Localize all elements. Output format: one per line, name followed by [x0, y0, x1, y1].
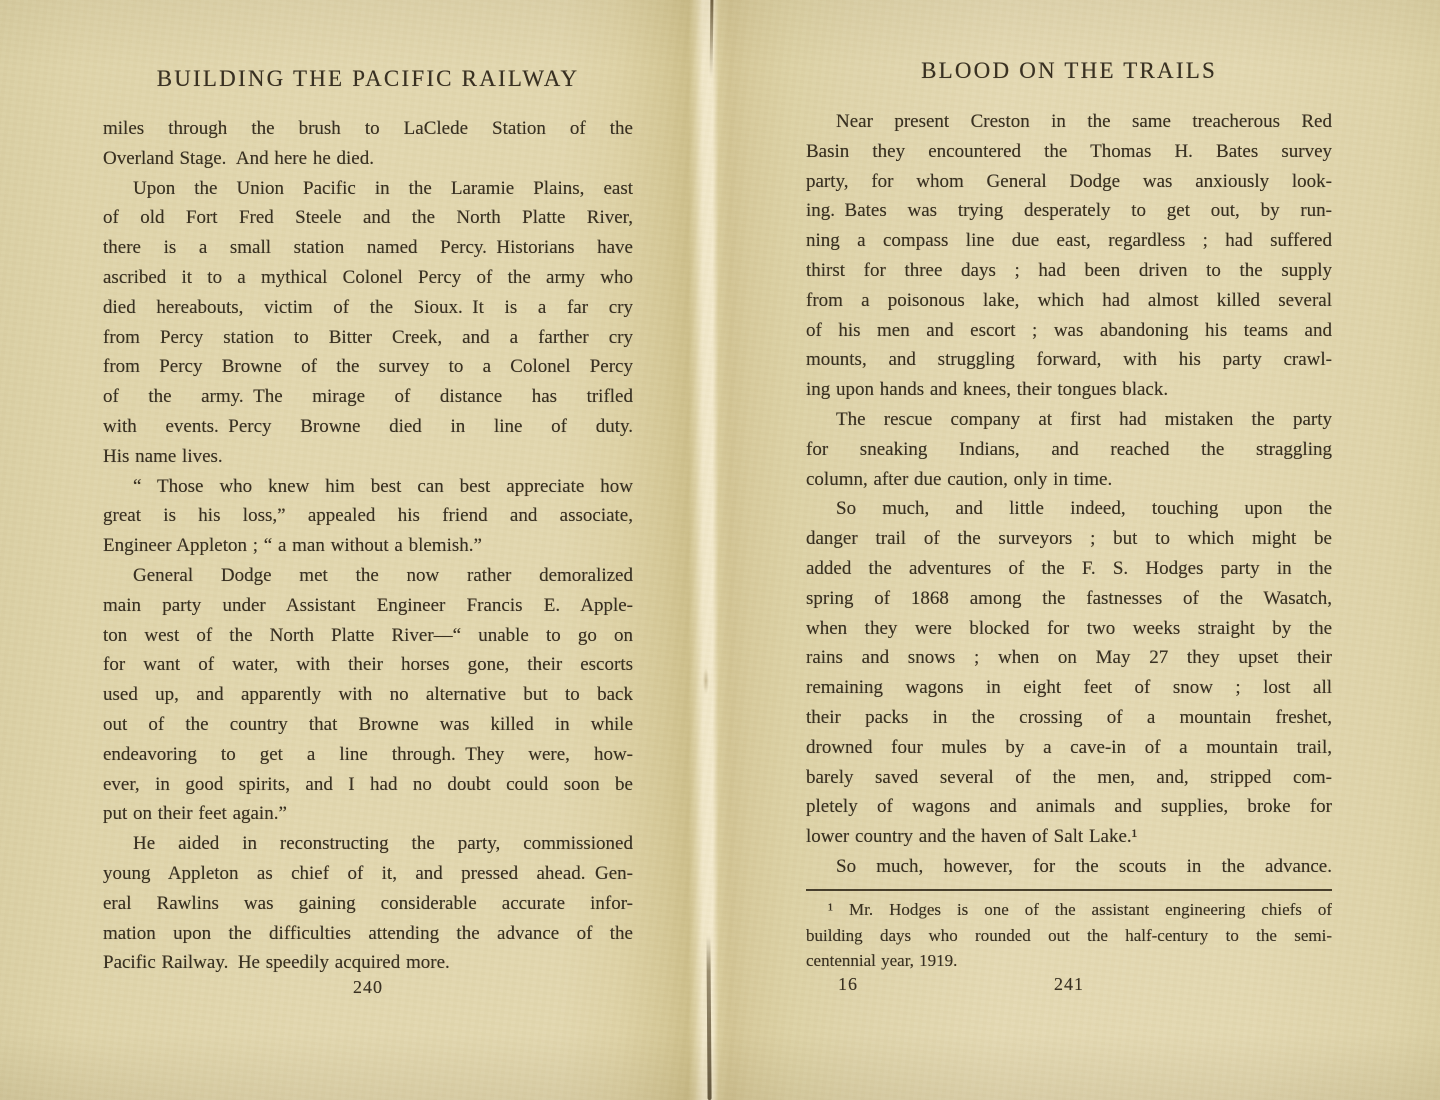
book-spread: BUILDING THE PACIFIC RAILWAY miles throu…	[0, 0, 1440, 1100]
text-line: for want of water, with their horses gon…	[103, 650, 633, 680]
text-line: put on their feet again.”	[103, 799, 633, 829]
text-line: great is his loss,” appealed his friend …	[103, 501, 633, 531]
text-line: ¹ Mr. Hodges is one of the assistant eng…	[806, 897, 1332, 923]
text-line: of old Fort Fred Steele and the North Pl…	[103, 203, 633, 233]
text-line: spring of 1868 among the fastnesses of t…	[806, 584, 1332, 614]
text-line: ing. Bates was trying desperately to get…	[806, 196, 1332, 226]
text-line: young Appleton as chief of it, and press…	[103, 859, 633, 889]
text-line: used up, and apparently with no alternat…	[103, 680, 633, 710]
text-line: endeavoring to get a line through. They …	[103, 740, 633, 770]
text-line: their packs in the crossing of a mountai…	[806, 703, 1332, 733]
text-line: lower country and the haven of Salt Lake…	[806, 822, 1332, 852]
text-line: of his men and escort ; was abandoning h…	[806, 316, 1332, 346]
page-right-text: Near present Creston in the same treache…	[806, 107, 1332, 882]
text-line: of the army. The mirage of distance has …	[103, 382, 633, 412]
page-right-footer: 16 241	[806, 974, 1332, 996]
text-line: General Dodge met the now rather demoral…	[103, 561, 633, 591]
text-line: from Percy Browne of the survey to a Col…	[103, 352, 633, 382]
text-line: there is a small station named Percy. Hi…	[103, 233, 633, 263]
text-line: The rescue company at first had mistaken…	[806, 405, 1332, 435]
text-line: mounts, and struggling forward, with his…	[806, 345, 1332, 375]
text-line: ning a compass line due east, regardless…	[806, 226, 1332, 256]
text-line: added the adventures of the F. S. Hodges…	[806, 554, 1332, 584]
text-line: pletely of wagons and animals and suppli…	[806, 792, 1332, 822]
page-right: BLOOD ON THE TRAILS Near present Creston…	[806, 0, 1332, 1100]
page-left-text: miles through the brush to LaClede Stati…	[103, 114, 633, 978]
page-number-right: 241	[806, 974, 1332, 995]
text-line: remaining wagons in eight feet of snow ;…	[806, 673, 1332, 703]
text-line: rains and snows ; when on May 27 they up…	[806, 643, 1332, 673]
text-line: Near present Creston in the same treache…	[806, 107, 1332, 137]
text-line: drowned four mules by a cave-in of a mou…	[806, 733, 1332, 763]
text-line: ever, in good spirits, and I had no doub…	[103, 770, 633, 800]
page-number-left: 240	[103, 977, 633, 998]
text-line: ton west of the North Platte River—“ una…	[103, 621, 633, 651]
text-line: from Percy station to Bitter Creek, and …	[103, 323, 633, 353]
text-line: out of the country that Browne was kille…	[103, 710, 633, 740]
running-head-right: BLOOD ON THE TRAILS	[806, 58, 1332, 84]
text-line: centennial year, 1919.	[806, 948, 1332, 974]
text-line: from a poisonous lake, which had almost …	[806, 286, 1332, 316]
text-line: Engineer Appleton ; “ a man without a bl…	[103, 531, 633, 561]
text-line: So much, however, for the scouts in the …	[806, 852, 1332, 882]
text-line: ascribed it to a mythical Colonel Percy …	[103, 263, 633, 293]
text-line: His name lives.	[103, 442, 633, 472]
text-line: thirst for three days ; had been driven …	[806, 256, 1332, 286]
gutter-crease-top	[710, 0, 714, 78]
text-line: So much, and little indeed, touching upo…	[806, 494, 1332, 524]
text-line: miles through the brush to LaClede Stati…	[103, 114, 633, 144]
text-line: party, for whom General Dodge was anxiou…	[806, 167, 1332, 197]
text-line: main party under Assistant Engineer Fran…	[103, 591, 633, 621]
text-line: “ Those who knew him best can best appre…	[103, 472, 633, 502]
text-line: when they were blocked for two weeks str…	[806, 614, 1332, 644]
gutter-nick	[703, 668, 709, 694]
text-line: mation upon the difficulties attending t…	[103, 919, 633, 949]
footnote-text: ¹ Mr. Hodges is one of the assistant eng…	[806, 897, 1332, 974]
text-line: died hereabouts, victim of the Sioux. It…	[103, 293, 633, 323]
text-line: danger trail of the surveyors ; but to w…	[806, 524, 1332, 554]
footnote-block: ¹ Mr. Hodges is one of the assistant eng…	[806, 889, 1332, 974]
text-line: ing upon hands and knees, their tongues …	[806, 375, 1332, 405]
page-left: BUILDING THE PACIFIC RAILWAY miles throu…	[103, 0, 633, 1100]
running-head-left: BUILDING THE PACIFIC RAILWAY	[103, 66, 633, 92]
text-line: He aided in reconstructing the party, co…	[103, 829, 633, 859]
text-line: building days who rounded out the half-c…	[806, 923, 1332, 949]
text-line: column, after due caution, only in time.	[806, 465, 1332, 495]
text-line: with events. Percy Browne died in line o…	[103, 412, 633, 442]
text-line: Basin they encountered the Thomas H. Bat…	[806, 137, 1332, 167]
text-line: for sneaking Indians, and reached the st…	[806, 435, 1332, 465]
text-line: Upon the Union Pacific in the Laramie Pl…	[103, 174, 633, 204]
footnote-rule	[806, 889, 1332, 891]
text-line: eral Rawlins was gaining considerable ac…	[103, 889, 633, 919]
text-line: barely saved several of the men, and, st…	[806, 763, 1332, 793]
gutter-crease-bottom	[706, 935, 711, 1100]
text-line: Pacific Railway. He speedily acquired mo…	[103, 948, 633, 978]
text-line: Overland Stage. And here he died.	[103, 144, 633, 174]
